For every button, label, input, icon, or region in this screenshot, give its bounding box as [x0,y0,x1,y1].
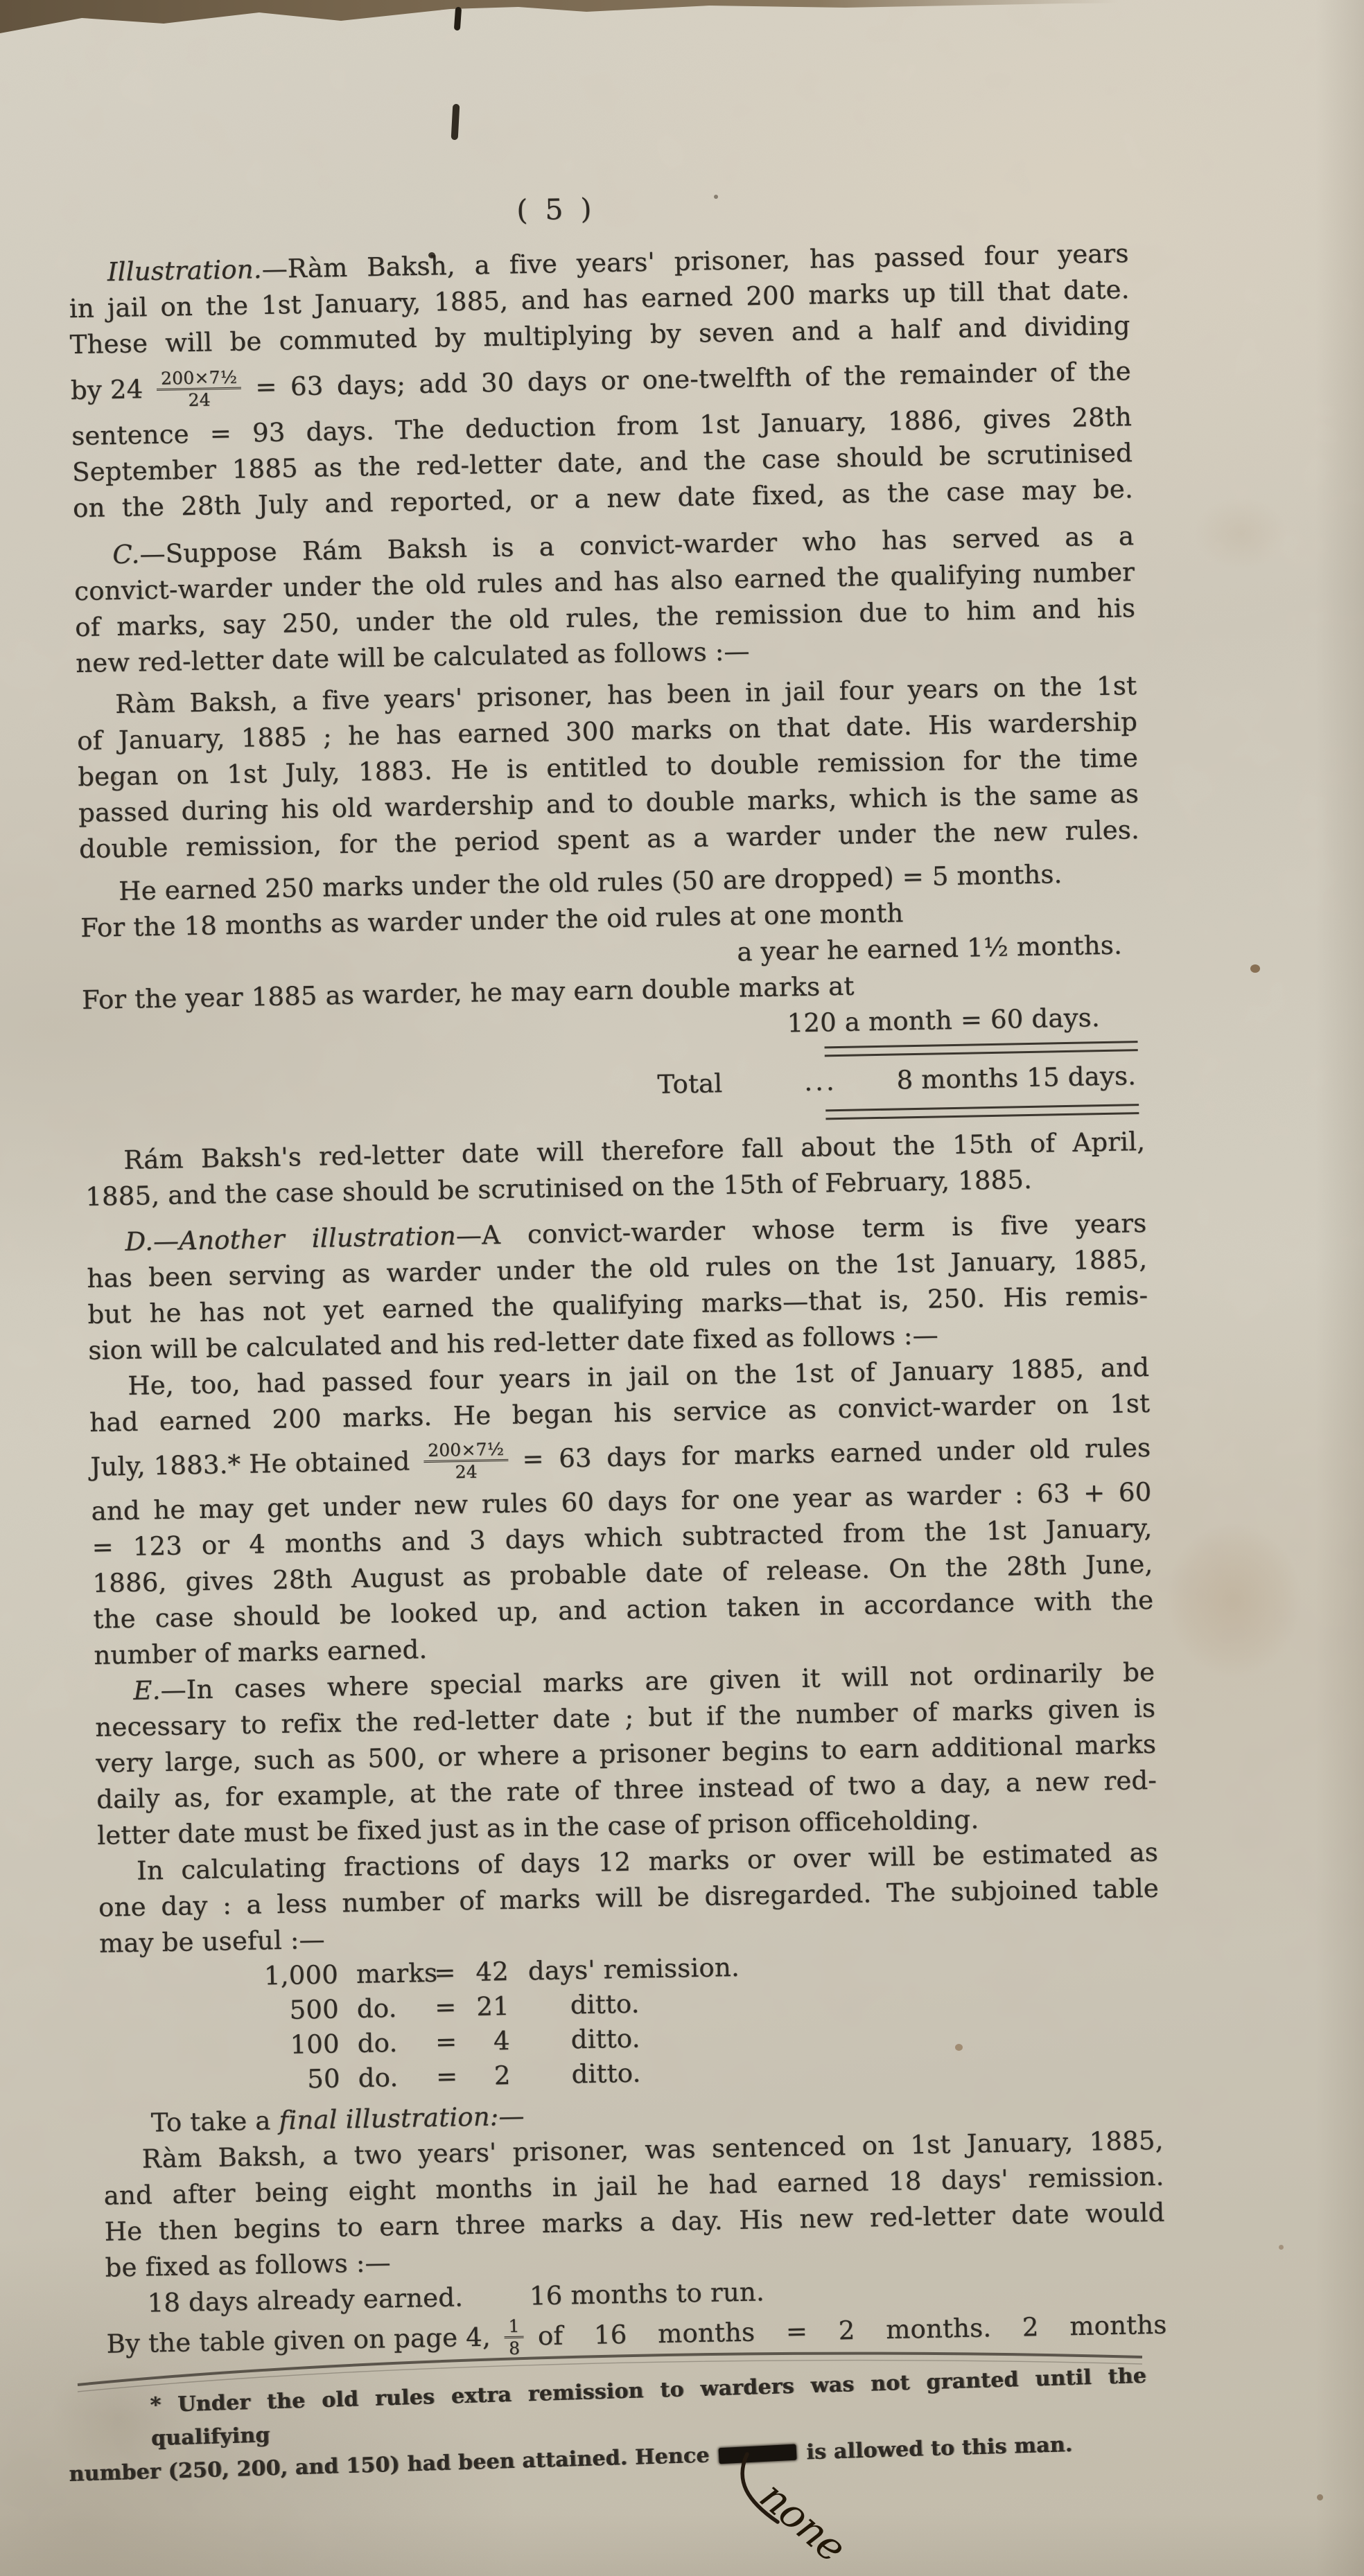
total-rule-bottom [825,1104,1139,1120]
paragraph-redletter: Rám Baksh's red-letter date will therefo… [85,1124,1146,1215]
page-number: ( 5 ) [64,0,1128,234]
paragraph-c: C.—Suppose Rám Baksh is a convict-warder… [73,518,1137,682]
footnote-block: * Under the old rules extra remission to… [67,2359,1156,2491]
stacked-fraction: 200×7½24 [157,367,242,409]
remission-table: 1,000 marks = 42 days' remission. 500 do… [252,1943,1162,2098]
foxing-spot [1317,2494,1323,2500]
italic-lead: C. [112,539,140,570]
total-label: Total [657,1066,723,1103]
paragraph-illustration: Illustration.—Ràm Baksh, a five years' p… [68,236,1133,527]
bottom-edge-shading [0,2514,1364,2576]
italic-lead: Illustration. [107,254,262,287]
foxing-spot [714,195,718,199]
right-edge-shading [1315,0,1364,2576]
italic-phrase: final illustration:— [279,2101,525,2135]
paragraph-he-too: He, too, had passed four years in jail o… [89,1350,1155,1674]
printed-text-block: ( 5 ) Illustration.—Ràm Baksh, a five ye… [64,0,1167,2367]
stacked-fraction: 200×7½24 [423,1439,509,1481]
foxing-spot [1250,964,1260,973]
foxing-spot [111,776,116,781]
paragraph-final-illustration: To take a final illustration:— Ràm Baksh… [102,2087,1167,2367]
total-row: Total ... 8 months 15 days. [83,1058,1144,1113]
total-rule-top [825,1041,1138,1057]
struck-out-word [719,2444,797,2464]
stacked-fraction: 18 [504,2316,524,2358]
foxing-spot [1279,2245,1284,2250]
paragraph-ram-baksh: Ràm Baksh, a five years' prisoner, has b… [76,668,1140,867]
italic-lead: E. [133,1675,161,1706]
calculation-block: He earned 250 marks under the old rules … [80,855,1145,1133]
scanned-document-page: ( 5 ) Illustration.—Ràm Baksh, a five ye… [0,0,1364,2576]
foxing-spot [955,2044,963,2051]
paragraph-e: E.—In cases where special marks are give… [94,1655,1158,1854]
paragraph-fractions: In calculating fractions of days 12 mark… [98,1835,1160,1962]
paper-stain [1144,1497,1324,1704]
italic-lead: D.—Another illustration [125,1221,456,1257]
total-value: 8 months 15 days. [896,1058,1136,1098]
paper-stain [1178,485,1303,582]
leader-dots: ... [804,1064,837,1100]
paragraph-d: D.—Another illustration—A convict-warder… [86,1206,1149,1369]
foxing-spot [428,252,435,258]
